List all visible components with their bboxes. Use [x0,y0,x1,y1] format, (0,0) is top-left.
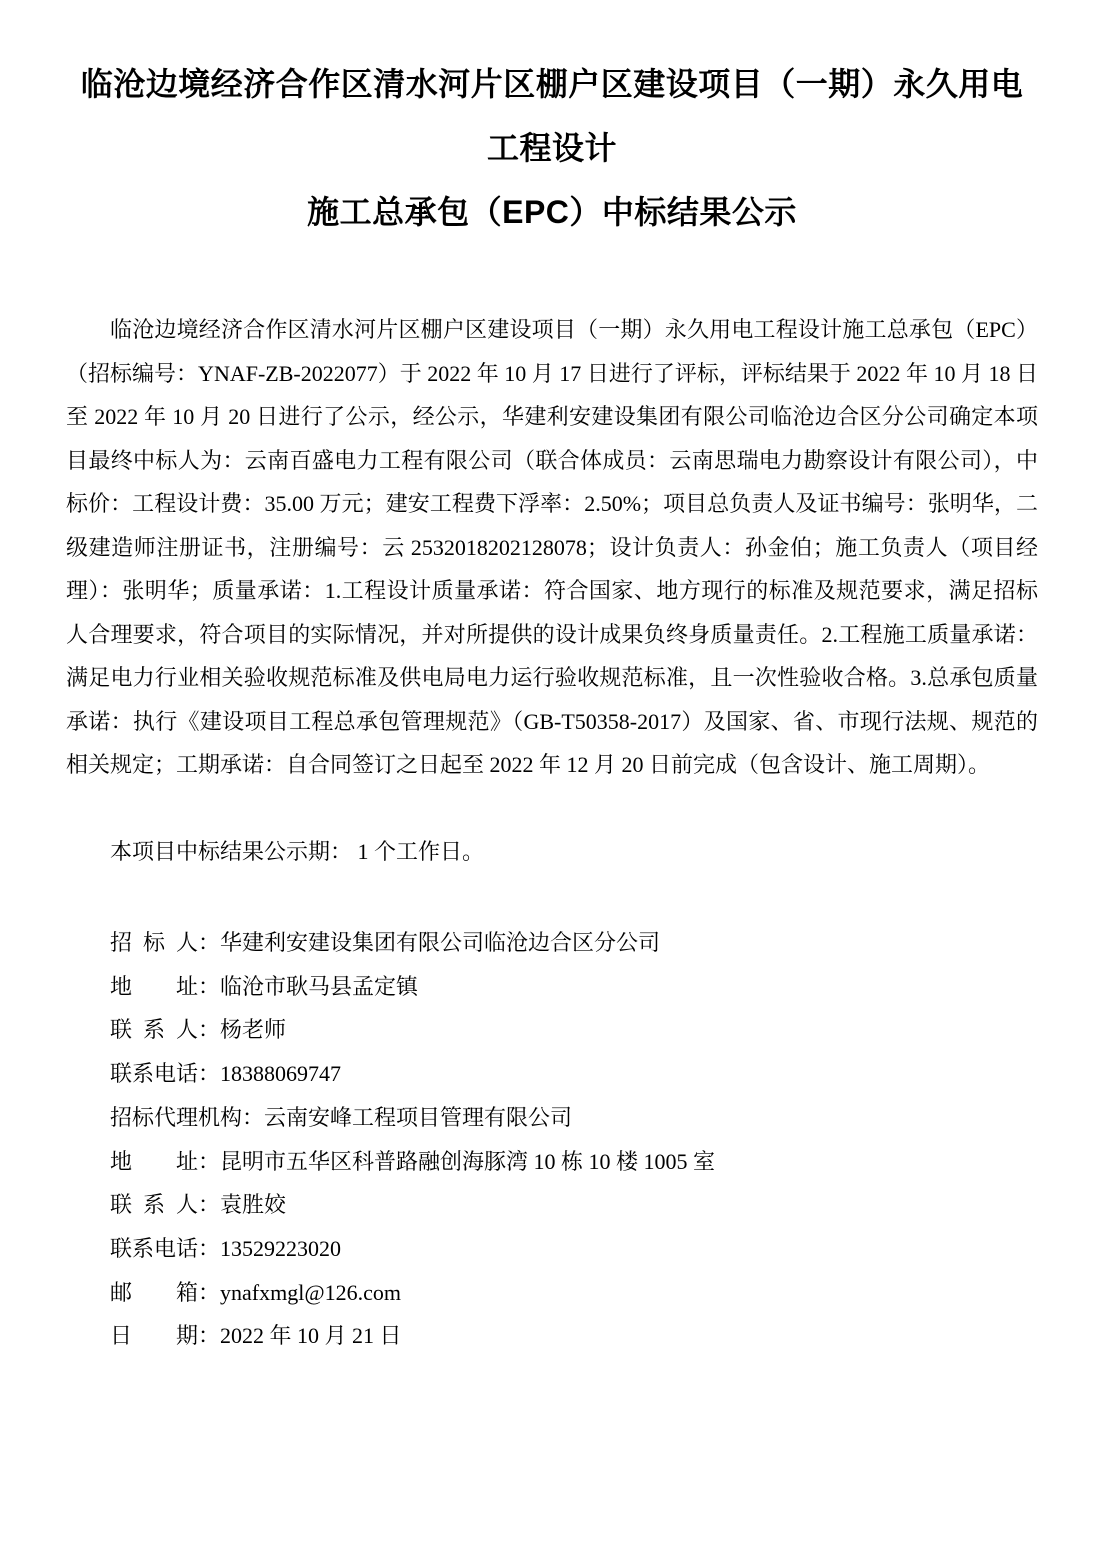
contact-row: 招标人：华建利安建设集团有限公司临沧边合区分公司 [110,921,1038,965]
contact-value: 13529223020 [220,1236,341,1261]
document-title: 临沧边境经济合作区清水河片区棚户区建设项目（一期）永久用电工程设计 施工总承包（… [66,52,1038,244]
document-title-line-1: 临沧边境经济合作区清水河片区棚户区建设项目（一期）永久用电工程设计 [66,52,1038,180]
contact-value: 杨老师 [220,1017,286,1042]
contact-colon: ： [198,1314,220,1358]
contact-row: 地址：临沧市耿马县孟定镇 [110,965,1038,1009]
contact-label: 联系电话 [110,1052,198,1096]
contact-colon: ： [198,1271,220,1315]
contact-row: 联系人：杨老师 [110,1008,1038,1052]
contact-row: 联系人：袁胜姣 [110,1183,1038,1227]
announcement-body-paragraph: 临沧边境经济合作区清水河片区棚户区建设项目（一期）永久用电工程设计施工总承包（E… [66,308,1038,787]
contact-label: 联系人 [110,1008,198,1052]
contact-value: 2022 年 10 月 21 日 [220,1323,402,1348]
document-page: 临沧边境经济合作区清水河片区棚户区建设项目（一期）永久用电工程设计 施工总承包（… [0,0,1102,1559]
contact-row: 邮箱：ynafxmgl@126.com [110,1271,1038,1315]
contact-list: 招标人：华建利安建设集团有限公司临沧边合区分公司 地址：临沧市耿马县孟定镇 联系… [66,921,1038,1358]
contact-row: 地址：昆明市五华区科普路融创海豚湾 10 栋 10 楼 1005 室 [110,1140,1038,1184]
contact-label: 招标人 [110,921,198,965]
contact-value: 18388069747 [220,1061,341,1086]
contact-colon: ： [198,1008,220,1052]
contact-value: 华建利安建设集团有限公司临沧边合区分公司 [220,930,660,955]
contact-value: 袁胜姣 [220,1192,286,1217]
contact-value: 昆明市五华区科普路融创海豚湾 10 栋 10 楼 1005 室 [220,1149,715,1174]
contact-label: 联系人 [110,1183,198,1227]
contact-colon: ： [198,921,220,965]
contact-label: 地址 [110,965,198,1009]
contact-value: ynafxmgl@126.com [220,1280,401,1305]
contact-row: 联系电话：18388069747 [110,1052,1038,1096]
contact-label: 联系电话 [110,1227,198,1271]
contact-label: 招标代理机构 [110,1096,242,1140]
contact-colon: ： [198,965,220,1009]
contact-row: 日期：2022 年 10 月 21 日 [110,1314,1038,1358]
contact-value: 临沧市耿马县孟定镇 [220,974,418,999]
contact-label: 日期 [110,1314,198,1358]
contact-label: 邮箱 [110,1271,198,1315]
contact-label: 地址 [110,1140,198,1184]
contact-colon: ： [198,1140,220,1184]
contact-colon: ： [198,1052,220,1096]
contact-row: 招标代理机构：云南安峰工程项目管理有限公司 [110,1096,1038,1140]
contact-colon: ： [242,1096,264,1140]
contact-value: 云南安峰工程项目管理有限公司 [264,1105,572,1130]
contact-colon: ： [198,1183,220,1227]
document-title-line-2: 施工总承包（EPC）中标结果公示 [66,180,1038,244]
contact-row: 联系电话：13529223020 [110,1227,1038,1271]
publicity-period-line: 本项目中标结果公示期： 1 个工作日。 [66,830,1038,874]
contact-colon: ： [198,1227,220,1271]
